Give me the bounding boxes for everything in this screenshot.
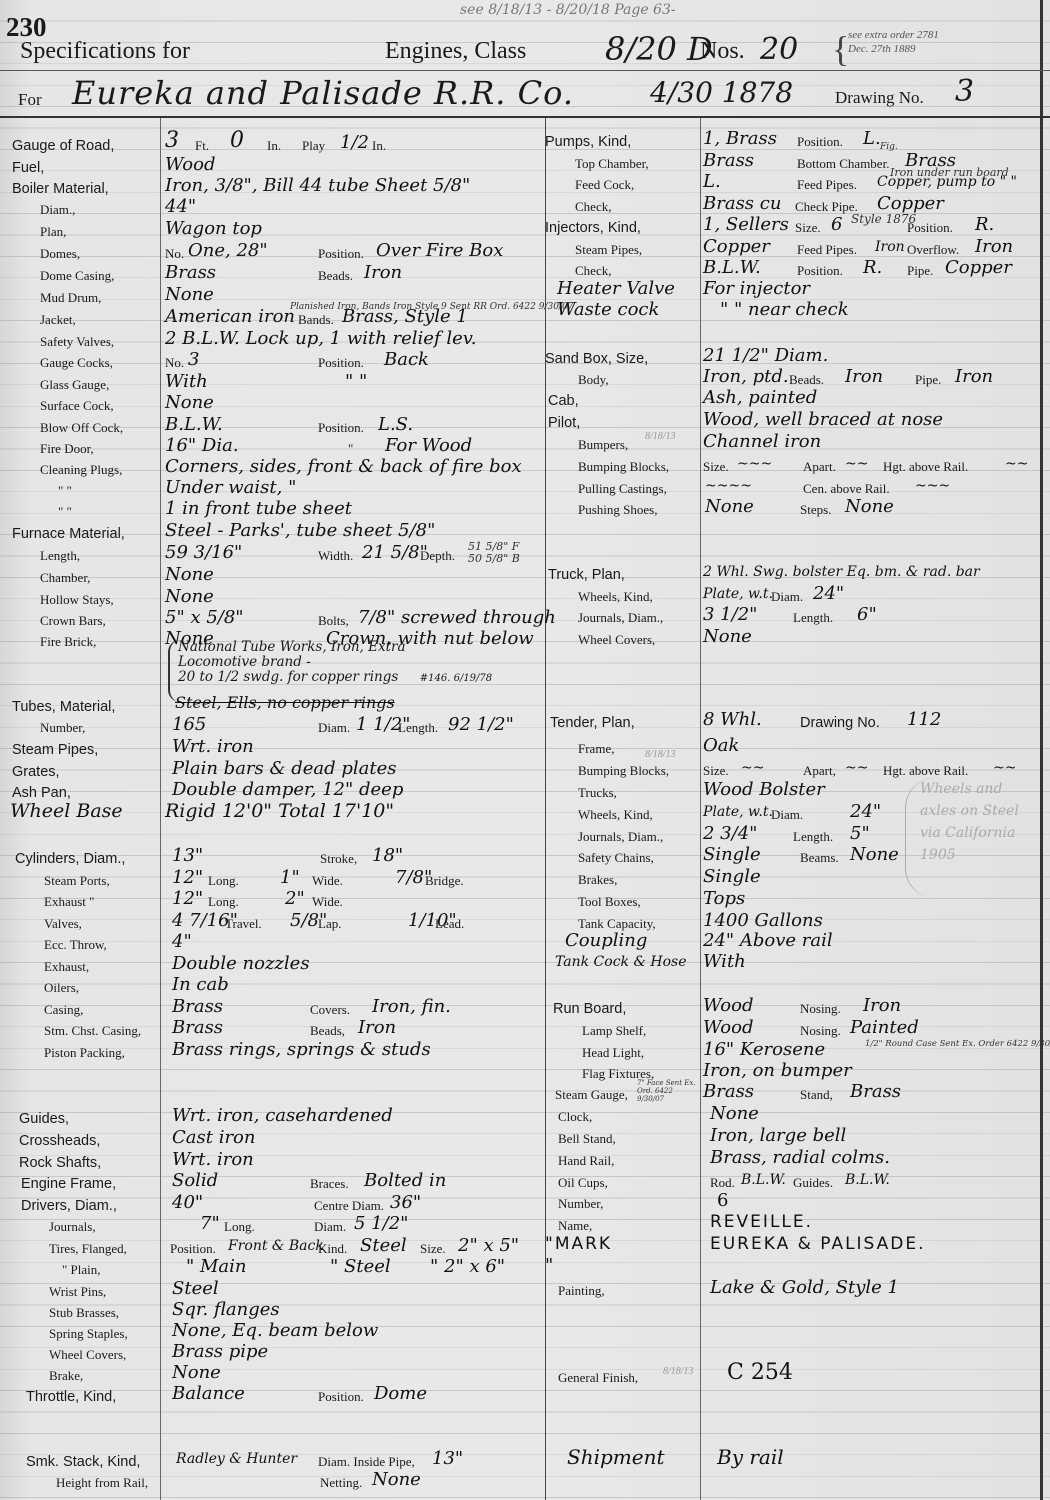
value: With (165, 371, 208, 392)
row-exhaust-ports: Exhaust " 12" Long. 2" Wide. (0, 890, 545, 911)
margin-note-line: Wheels and (920, 778, 1025, 800)
wide-label: Wide. (312, 873, 343, 889)
margin-note-line: 1905 (920, 844, 1025, 866)
tubes-note-line1: National Tube Works, Iron, Extra (178, 640, 538, 655)
label: Plan, (40, 224, 66, 240)
label: Stub Brasses, (49, 1305, 119, 1321)
label: Tender, Plan, (550, 715, 635, 731)
drawing-label: Drawing No. (835, 88, 924, 108)
value: 2 Whl. Swg. bolster Eq. bm. & rad. bar (703, 564, 980, 580)
row-stm-chst-casing: Stm. Chst. Casing, Brass Beads, Iron (0, 1019, 545, 1040)
feed-pipes-label: Feed Pipes. (797, 177, 857, 193)
order-date: 4/30 1878 (650, 76, 793, 109)
label: Grates, (12, 764, 60, 780)
value: None (165, 392, 214, 413)
row-gauge: Gauge of Road, 3 Ft. 0 In. Play 1/2 In. (0, 134, 545, 155)
stand-label: Stand, (800, 1087, 833, 1103)
pipe-value: Iron (955, 366, 993, 387)
apart-value: ~~ (845, 760, 868, 776)
row-brake: Brake, None (0, 1364, 545, 1385)
label: Injectors, Kind, (545, 220, 641, 236)
hgt-label: Hgt. above Rail. (883, 459, 968, 475)
title-row: Specifications for Engines, Class 8/20 D… (0, 36, 1050, 70)
value: 16" Kerosene (703, 1039, 825, 1060)
label: Guides, (19, 1111, 69, 1127)
label: " " (58, 504, 72, 520)
row-ash-pan: Ash Pan, Double damper, 12" deep (0, 781, 545, 802)
row-boiler-material: Boiler Material, Iron, 3/8", Bill 44 tub… (0, 177, 545, 198)
position-value: Front & Back (228, 1238, 324, 1254)
value: Brass pipe (172, 1341, 268, 1362)
label: Brake, (49, 1368, 83, 1384)
overflow-value: Iron (975, 236, 1013, 257)
label: Tank Cock & Hose (555, 954, 686, 970)
label: Pilot, (548, 415, 580, 431)
length-value: 6" (857, 604, 877, 625)
for-label: For (18, 90, 42, 110)
feed-value: Iron (875, 239, 905, 255)
value: Brass (172, 1017, 223, 1038)
label: Cylinders, Diam., (15, 851, 125, 867)
value: Under waist, " (165, 477, 296, 498)
label: Bumping Blocks, (578, 763, 669, 779)
label: Coupling (565, 930, 647, 951)
size-value: 2" x 5" (458, 1235, 519, 1256)
value: Brass, radial colms. (710, 1147, 890, 1168)
play-label: Play (302, 138, 325, 154)
diam-value: 24" (813, 583, 844, 604)
row-spring-staples: Spring Staples, None, Eq. beam below (0, 1322, 545, 1343)
lap-label: Lap. (318, 916, 341, 932)
value: 3 (165, 128, 179, 153)
position-label: Position. (907, 220, 953, 236)
position-value: R. (975, 214, 994, 235)
ditto: " (348, 441, 353, 457)
label: Hollow Stays, (40, 592, 114, 608)
row-tires-flanged: Tires, Flanged, Position. Front & Back K… (0, 1237, 545, 1258)
value: Iron, ptd. (703, 366, 789, 387)
pumps-note: Fig. (880, 142, 898, 152)
stroke-label: Stroke, (320, 851, 357, 867)
depth-value-b: 50 5/8" B (468, 552, 520, 565)
size-value: 6 (831, 214, 842, 235)
row-steam-pipes: Steam Pipes, Wrt. iron (0, 738, 545, 759)
value: Sqr. flanges (172, 1299, 280, 1320)
kind-value: Steel (360, 1235, 407, 1256)
label: Throttle, Kind, (26, 1389, 116, 1405)
long-value: 12" (172, 867, 203, 888)
position-value: Dome (374, 1383, 427, 1404)
nos-label: Nos. (700, 38, 745, 65)
hgt-label: Hgt. above Rail. (883, 763, 968, 779)
value: 44" (165, 196, 196, 217)
label: Furnace Material, (12, 526, 125, 542)
length-label: Length. (793, 610, 833, 626)
row-pilot: Pilot, Wood, well braced at nose (545, 411, 1040, 432)
value: 2 B.L.W. Lock up, 1 with relief lev. (165, 328, 477, 349)
value: Solid (172, 1170, 218, 1191)
row-hand-rail: Hand Rail, Brass, radial colms. (545, 1149, 1040, 1170)
value: Iron, large bell (710, 1125, 846, 1146)
overflow-label: Overflow. (907, 242, 959, 258)
no-label: No. (165, 246, 184, 262)
value: 40" (172, 1192, 203, 1213)
row-name: Name, REVEILLE. (545, 1214, 1040, 1235)
railroad-name: Eureka and Palisade R.R. Co. (72, 74, 574, 112)
label: Safety Chains, (578, 850, 654, 866)
hgt-value: ~~ (993, 760, 1016, 776)
label: Head Light, (582, 1045, 644, 1061)
braces-value: Bolted in (364, 1170, 446, 1191)
position-value: R. (863, 257, 882, 278)
pipe-value: Copper (945, 257, 1012, 278)
extra: For Wood (385, 435, 472, 456)
value: For injector (703, 278, 810, 299)
value: Channel iron (703, 431, 821, 452)
value: Plate, w.t. (703, 804, 773, 820)
row-wheel-covers: Wheel Covers, Brass pipe (0, 1343, 545, 1364)
row-cleaning-plugs-2: " " Under waist, " (0, 479, 545, 500)
row-glass-gauge: Glass Gauge, With " " (0, 373, 545, 394)
label: Number, (40, 720, 85, 736)
cen-value: ~~~ (915, 478, 950, 494)
hgt-value: ~~ (1005, 456, 1028, 472)
label: Bell Stand, (558, 1131, 616, 1147)
row-feed-cock: Feed Cock, L. Feed Pipes. Copper, pump t… (545, 173, 1040, 194)
value: None (165, 564, 214, 585)
width-label: Width. (318, 548, 353, 564)
value: 1, Sellers (703, 214, 789, 235)
row-truck-plan: Truck, Plan, 2 Whl. Swg. bolster Eq. bm.… (545, 563, 1040, 584)
row-plan: Plan, Wagon top (0, 220, 545, 241)
row-shipment: Shipment By rail (545, 1447, 1040, 1468)
value: None (172, 1362, 221, 1383)
page-border (1040, 0, 1043, 1500)
position-value: Back (384, 349, 429, 370)
bottom-label: Bottom Chamber. (797, 156, 889, 172)
wide-label: Wide. (312, 894, 343, 910)
value: 16" Dia. (165, 435, 239, 456)
row-length: Length, 59 3/16" Width. 21 5/8" Depth. 5… (0, 544, 545, 565)
label: Chamber, (40, 570, 90, 586)
row-lamp-shelf: Lamp Shelf, Wood Nosing. Painted (545, 1019, 1040, 1040)
label: Glass Gauge, (40, 377, 109, 393)
value: Wrt. iron, casehardened (172, 1105, 393, 1126)
row-pumps: Pumps, Kind, 1, Brass Position. L. Fig. (545, 130, 1040, 151)
row-hollow-stays: Hollow Stays, None (0, 588, 545, 609)
label: Tubes, Material, (12, 699, 115, 715)
beads-value: Iron (358, 1017, 396, 1038)
value: Brass (703, 1081, 754, 1102)
row-run-board: Run Board, Wood Nosing. Iron (545, 997, 1040, 1018)
row-domes: Domes, No. One, 28" Position. Over Fire … (0, 242, 545, 263)
value: Cast iron (172, 1127, 256, 1148)
label: Check, (575, 199, 611, 215)
position-label: Position. (318, 355, 364, 371)
row-engine-frame: Engine Frame, Solid Braces. Bolted in (0, 1172, 545, 1193)
value: Wood, well braced at nose (703, 409, 943, 430)
value: Double nozzles (172, 953, 310, 974)
label: Waste cock (557, 299, 659, 320)
value: Single (703, 844, 761, 865)
label: Pushing Shoes, (578, 502, 657, 518)
label: Wheel Covers, (49, 1347, 126, 1363)
label: Smk. Stack, Kind, (26, 1454, 140, 1470)
netting-label: Netting. (320, 1475, 362, 1491)
label: Fire Brick, (40, 634, 96, 650)
feed-pipes-note: Iron under run board (890, 166, 1009, 179)
value: Balance (172, 1383, 245, 1404)
row-truck-wheels: Wheels, Kind, Plate, w.t. Diam. 24" (545, 585, 1040, 606)
side-note-line2: Dec. 27th 1889 (848, 43, 916, 55)
head-light-note: 1/2" Round Case Sent Ex. Order 6422 9/30… (865, 1039, 1050, 1049)
row-dome-casing: Dome Casing, Brass Beads. Iron (0, 264, 545, 285)
label: Check, (575, 263, 611, 279)
value: American iron (165, 306, 295, 327)
covers-label: Covers. (310, 1002, 350, 1018)
row-waste-cock: Waste cock " " near check (545, 301, 1040, 322)
position-label: Position. (318, 1389, 364, 1405)
label: Height from Rail, (56, 1475, 148, 1491)
label: " " (58, 483, 72, 499)
row-height-from-rail: Height from Rail, Netting. None (0, 1471, 545, 1492)
value: Iron, 3/8", Bill 44 tube Sheet 5/8" (165, 175, 470, 196)
nosing-value: Painted (850, 1017, 919, 1038)
drawing-value: 3 (955, 74, 974, 109)
label: Sand Box, Size, (545, 351, 648, 367)
value: 13" (172, 845, 203, 866)
value: 24" Above rail (703, 930, 833, 951)
beads-label: Beads. (318, 268, 353, 284)
label: Lamp Shelf, (582, 1023, 646, 1039)
class-value: 8/20 D (605, 30, 713, 68)
size-label: Size. (703, 763, 729, 779)
row-jacket: Jacket, American iron Bands. Brass, Styl… (0, 308, 545, 329)
label: Top Chamber, (575, 156, 649, 172)
mark-value: EUREKA & PALISADE. (710, 1234, 926, 1254)
value: By rail (717, 1445, 784, 1469)
side-note-line1: see extra order 2781 (848, 29, 939, 41)
label: Casing, (44, 1002, 83, 1018)
label: Steam Ports, (44, 873, 110, 889)
guides-value: B.L.W. (845, 1172, 890, 1188)
position-ditto: " " (345, 371, 367, 392)
row-pushing-shoes: Pushing Shoes, None Steps. None (545, 498, 1040, 519)
value: Tops (703, 888, 745, 909)
row-oil-cups: Oil Cups, Rod. B.L.W. Guides. B.L.W. (545, 1171, 1040, 1192)
label: Tool Boxes, (578, 894, 641, 910)
value: 2 3/4" (703, 823, 757, 844)
row-flag-fixtures: Flag Fixtures, Iron, on bumper (545, 1062, 1040, 1083)
value: 8 Whl. (703, 709, 762, 730)
row-casing: Casing, Brass Covers. Iron, fin. (0, 998, 545, 1019)
value: None (165, 586, 214, 607)
diam-label: Diam. (771, 589, 803, 605)
label: General Finish, (558, 1370, 638, 1386)
value: B.L.W. (165, 414, 223, 435)
side-note: see extra order 2781 Dec. 27th 1889 (848, 28, 939, 56)
row-mark: "MARK EUREKA & PALISADE. (545, 1236, 1040, 1257)
value: Lake & Gold, Style 1 (710, 1277, 899, 1298)
value: 6 (717, 1190, 728, 1211)
bolts-value: 7/8" screwed through (358, 607, 556, 628)
long-value: 12" (172, 888, 203, 909)
row-clock: Clock, None (545, 1105, 1040, 1126)
row-inj-check: Check, B.L.W. Position. R. Pipe. Copper (545, 259, 1040, 280)
position-label: Position. (318, 246, 364, 262)
row-cleaning-plugs: Cleaning Plugs, Corners, sides, front & … (0, 458, 545, 479)
stamp: 8/18/13 (645, 431, 676, 442)
value: 1, Brass (703, 128, 777, 149)
beads-value: Iron (845, 366, 883, 387)
position-label: Position. (797, 134, 843, 150)
beams-value: None (850, 844, 899, 865)
length-value: 92 1/2" (448, 714, 514, 735)
row-crossheads: Crossheads, Cast iron (0, 1129, 545, 1150)
header-rule (0, 116, 1050, 118)
row-fire-door: Fire Door, 16" Dia. " For Wood (0, 437, 545, 458)
label: Journals, Diam., (578, 829, 663, 845)
row-tubes-material: Tubes, Material, Steel, Ells, no copper … (0, 695, 545, 716)
drawing-label: Drawing No. (800, 715, 880, 731)
label: Fuel, (12, 160, 44, 176)
label: Engine Frame, (21, 1176, 116, 1192)
value: Radley & Hunter (176, 1451, 297, 1467)
margin-note-line: via California (920, 822, 1025, 844)
row-general-finish: General Finish, 8/18/13 C 254 (545, 1366, 1040, 1387)
label: Name, (558, 1218, 592, 1234)
label: Hand Rail, (558, 1153, 614, 1169)
wide-value: 2" (285, 888, 305, 909)
label: Bumpers, (578, 437, 628, 453)
value: 1 in front tube sheet (165, 498, 352, 519)
position-value: " Main (186, 1256, 247, 1277)
label: Piston Packing, (44, 1045, 125, 1061)
label: Gauge of Road, (12, 138, 114, 154)
row-truck-wheel-covers: Wheel Covers, None (545, 628, 1040, 649)
diam-label: Diam. (771, 807, 803, 823)
label: Wheels, Kind, (578, 589, 653, 605)
size-value: ~~~ (737, 456, 772, 472)
value: Brass (172, 996, 223, 1017)
row-bumpers: Bumpers, 8/18/13 Channel iron (545, 433, 1040, 454)
value: None (165, 284, 214, 305)
no-label: No. (165, 355, 184, 371)
label: Crown Bars, (40, 613, 106, 629)
position-label: Position. (797, 263, 843, 279)
row-coupling: Coupling 24" Above rail (545, 932, 1040, 953)
size-value: " 2" x 6" (430, 1256, 505, 1277)
label: Dome Casing, (40, 268, 114, 284)
value: Ash, painted (703, 387, 817, 408)
length-label: Length. (398, 720, 438, 736)
row-cylinders: Cylinders, Diam., 13" Stroke, 18" (0, 847, 545, 868)
value: 1400 Gallons (703, 910, 823, 931)
label: Mud Drum, (40, 290, 101, 306)
long-label: Long. (224, 1219, 255, 1235)
label: Drivers, Diam., (21, 1198, 117, 1214)
row-smk-stack: Smk. Stack, Kind, Radley & Hunter Diam. … (0, 1450, 545, 1471)
label: " Plain, (62, 1262, 101, 1278)
margin-note-line: axles on Steel (920, 800, 1025, 822)
feed-label: Feed Pipes. (797, 242, 857, 258)
cen-label: Cen. above Rail. (803, 481, 890, 497)
label: Steam Pipes, (12, 742, 98, 758)
row-number: Number, 6 (545, 1192, 1040, 1213)
row-tender-plan: Tender, Plan, 8 Whl. Drawing No. 112 (545, 711, 1040, 732)
row-fuel: Fuel, Wood (0, 156, 545, 177)
stand-value: Brass (850, 1081, 901, 1102)
label: Feed Cock, (575, 177, 634, 193)
value: Brass cu (703, 193, 781, 214)
value: Brass (703, 150, 754, 171)
value: Wrt. iron (172, 1149, 254, 1170)
value: None (703, 626, 752, 647)
label: Frame, (578, 741, 614, 757)
depth-label: Depth. (420, 548, 455, 564)
value: L. (703, 171, 721, 192)
row-surface-cock: Surface Cock, None (0, 394, 545, 415)
label: Heater Valve (557, 278, 675, 299)
size-label: Size. (420, 1241, 446, 1257)
row-steam-ports: Steam Ports, 12" Long. 1" Wide. 7/8" Bri… (0, 869, 545, 890)
value: In cab (172, 974, 229, 995)
label: Brakes, (578, 872, 617, 888)
row-tender-bumping-blocks: Bumping Blocks, 8/18/13 Size. ~~ Apart, … (545, 759, 1040, 780)
label: " (545, 1255, 553, 1276)
label: Painting, (558, 1283, 605, 1299)
bolts-label: Bolts, (318, 613, 349, 629)
label: Pumps, Kind, (545, 134, 631, 150)
value: 4" (172, 931, 192, 952)
size-label: Size. (703, 459, 729, 475)
label: Ash Pan, (12, 785, 71, 801)
row-rock-shafts: Rock Shafts, Wrt. iron (0, 1151, 545, 1172)
row-furnace-material: Furnace Material, Steel - Parks', tube s… (0, 522, 545, 543)
value: None (705, 496, 754, 517)
label: Oil Cups, (558, 1175, 608, 1191)
value: 165 (172, 714, 206, 735)
beads-label: Beads. (789, 372, 824, 388)
row-pulling-castings: Pulling Castings, ~~~~ Cen. above Rail. … (545, 477, 1040, 498)
label: Cab, (548, 393, 579, 409)
value: Wood Bolster (703, 779, 825, 800)
diam-value: 13" (432, 1448, 463, 1469)
width-value: 21 5/8" (362, 542, 428, 563)
value: C 254 (727, 1360, 793, 1385)
engines-class-label: Engines, Class (385, 38, 526, 65)
row-tank-cock: Tank Cock & Hose With (545, 953, 1040, 974)
size-value: ~~ (741, 760, 764, 776)
row-stub-brasses: Stub Brasses, Sqr. flanges (0, 1301, 545, 1322)
length-label: Length. (793, 829, 833, 845)
label: Surface Cock, (40, 398, 114, 414)
value: Single (703, 866, 761, 887)
row-piston-packing: Piston Packing, Brass rings, springs & s… (0, 1041, 545, 1062)
jacket-note: Planished Iron, Bands Iron Style 9 Sent … (290, 302, 573, 312)
row-check: Check, Brass cu Check Pipe. Copper (545, 195, 1040, 216)
title-underline (0, 70, 1050, 71)
row-diam: Diam., 44" (0, 198, 545, 219)
label: Body, (578, 372, 609, 388)
label: Wheels, Kind, (578, 807, 653, 823)
row-frame: Frame, Oak (545, 737, 1040, 758)
label: Exhaust " (44, 894, 94, 910)
label: Oilers, (44, 980, 79, 996)
value: Copper (703, 236, 770, 257)
label: Fire Door, (40, 441, 94, 457)
label: Bumping Blocks, (578, 459, 669, 475)
